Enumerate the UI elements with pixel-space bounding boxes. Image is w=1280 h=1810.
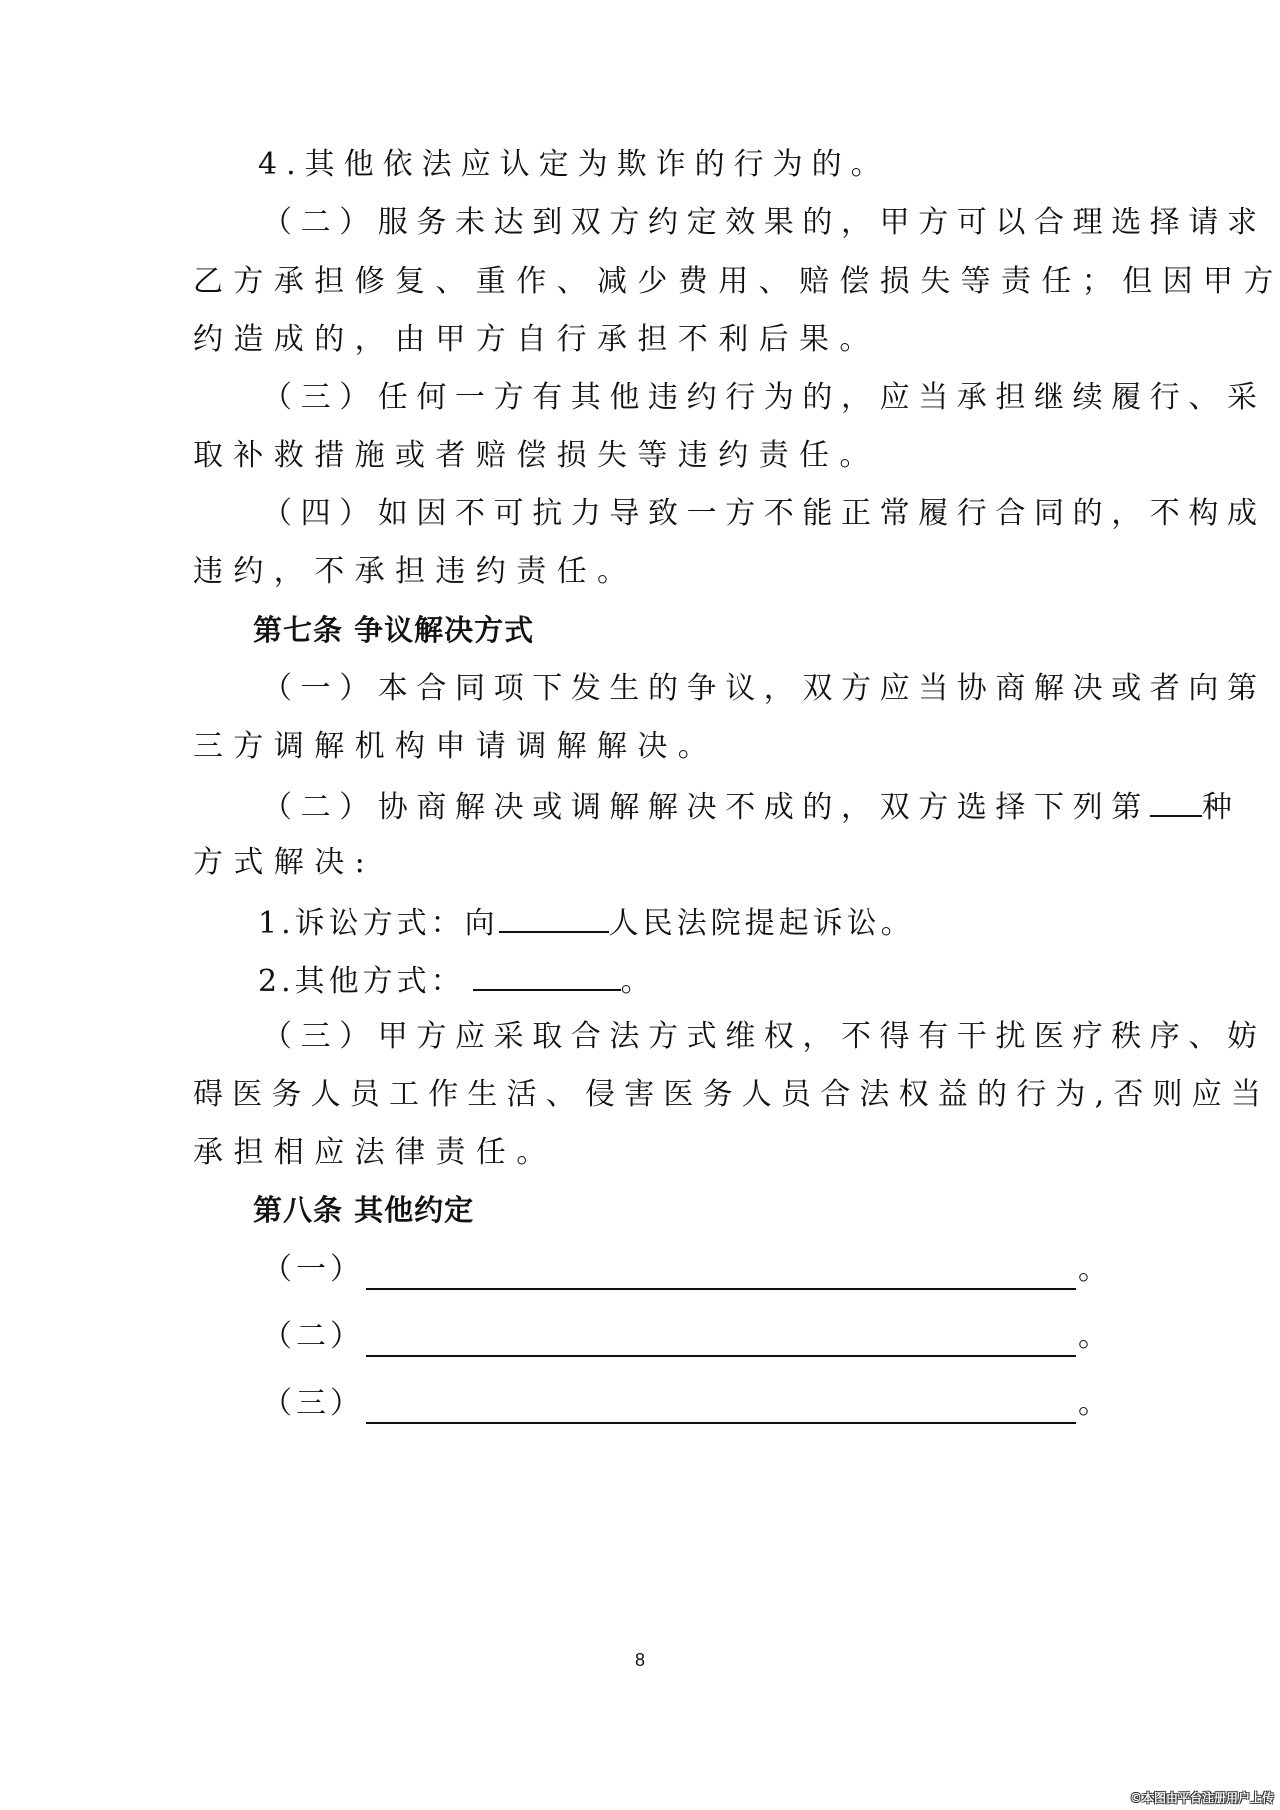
document-page: 4.其他依法应认定为欺诈的行为的。 （二）服务未达到双方约定效果的，甲方可以合理… [0,0,1280,1810]
item-3-end: 。 [1078,1386,1108,1421]
option-litigation: 1.诉讼方式：向人民法院提起诉讼。 [258,901,1158,944]
choice-number-blank[interactable] [1150,785,1202,817]
page-number: 8 [0,1650,1280,1671]
item-2-end: 。 [1078,1319,1108,1354]
upload-watermark: ©本图由平台注册用户上传 [1130,1789,1274,1806]
article-7-heading: 第七条 争议解决方式 [253,610,1153,650]
article-7-item-3-line-2: 碍医务人员工作生活、侵害医务人员合法权益的行为,否则应当 [193,1075,1093,1115]
paragraph-fraud-item-4: 4.其他依法应认定为欺诈的行为的。 [258,145,1158,185]
paragraph-2-line-2: 乙方承担修复、重作、减少费用、赔偿损失等责任；但因甲方违 [193,262,1093,302]
other-agreement-2-blank[interactable] [366,1323,1076,1357]
option-1-suffix: 人民法院提起诉讼。 [609,906,915,941]
item-2-suffix: 种 [1202,790,1241,825]
article-7-item-3-line-1: （三）甲方应采取合法方式维权，不得有干扰医疗秩序、妨 [262,1017,1162,1057]
article-8-item-2: （二）。 [262,1317,1162,1357]
option-1-prefix: 1.诉讼方式：向 [258,906,499,941]
other-method-blank[interactable] [473,959,621,991]
item-2-text: （二）协商解决或调解解决不成的，双方选择下列第 [262,790,1150,825]
article-8-heading: 第八条 其他约定 [253,1190,1153,1230]
paragraph-4-line-2: 违约，不承担违约责任。 [193,552,1093,592]
article-7-item-1-line-1: （一）本合同项下发生的争议，双方应当协商解决或者向第 [262,669,1162,709]
article-7-item-1-line-2: 三方调解机构申请调解解决。 [193,727,1093,767]
item-2-label: （二） [262,1319,364,1354]
article-8-item-1: （一）。 [262,1250,1162,1290]
paragraph-2-line-3: 约造成的，由甲方自行承担不利后果。 [193,320,1093,360]
paragraph-3-line-1: （三）任何一方有其他违约行为的，应当承担继续履行、采 [262,378,1162,418]
option-2-suffix: 。 [621,964,651,999]
court-name-blank[interactable] [499,901,609,933]
article-8-item-3: （三）。 [262,1384,1162,1424]
paragraph-2-line-1: （二）服务未达到双方约定效果的，甲方可以合理选择请求 [262,203,1162,243]
item-3-label: （三） [262,1386,364,1421]
other-agreement-3-blank[interactable] [366,1390,1076,1424]
article-7-item-2-line-2: 方式解决: [193,843,1093,883]
other-agreement-1-blank[interactable] [366,1256,1076,1290]
paragraph-4-line-1: （四）如因不可抗力导致一方不能正常履行合同的，不构成 [262,494,1162,534]
article-7-item-2-line-1: （二）协商解决或调解解决不成的，双方选择下列第种 [262,785,1162,828]
article-7-item-3-line-3: 承担相应法律责任。 [193,1133,1093,1173]
paragraph-3-line-2: 取补救措施或者赔偿损失等违约责任。 [193,436,1093,476]
item-1-end: 。 [1078,1252,1108,1287]
option-2-prefix: 2.其他方式： [258,964,465,999]
option-other: 2.其他方式：。 [258,959,1158,1002]
item-1-label: （一） [262,1252,364,1287]
